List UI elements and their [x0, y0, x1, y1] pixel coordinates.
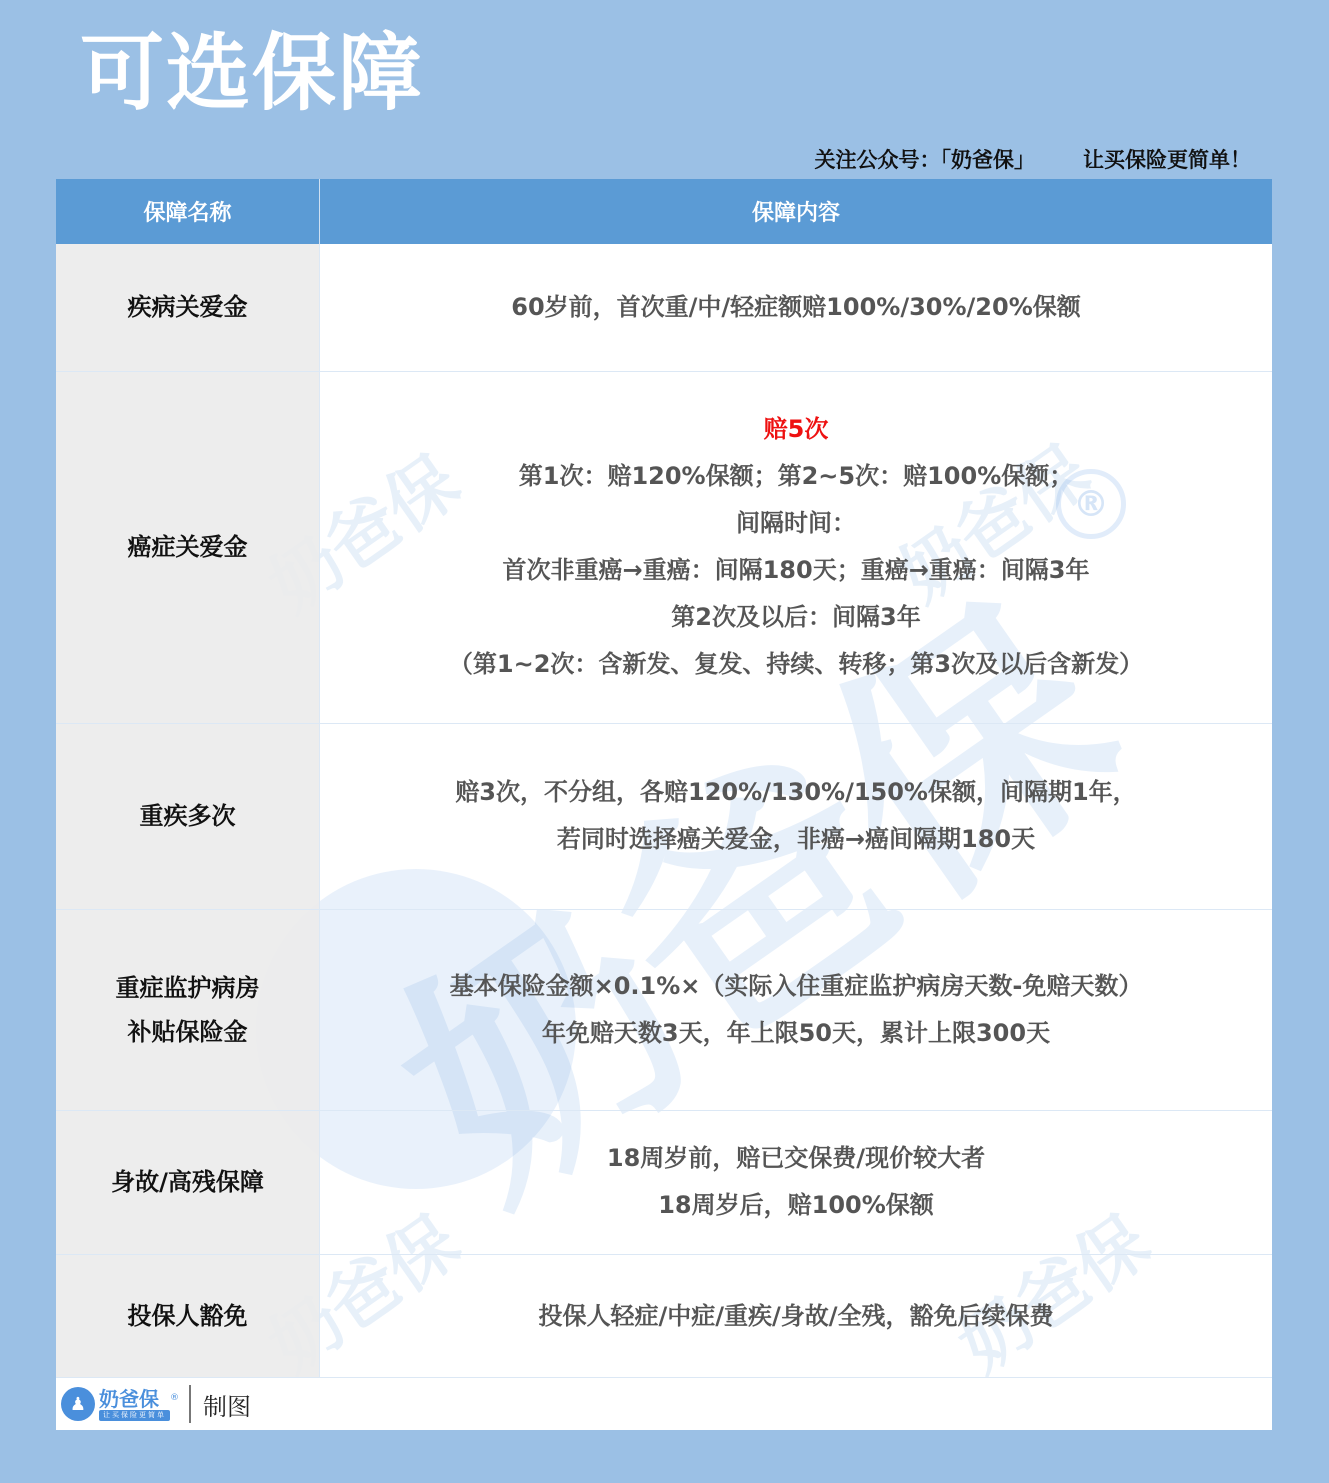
table-row: 重疾多次 赔3次，不分组，各赔120%/130%/150%保额，间隔期1年， 若…	[56, 723, 1272, 909]
logo-text: 奶爸保 让买保险更简单	[99, 1388, 170, 1421]
coverage-content: 基本保险金额×0.1%×（实际入住重症监护病房天数-免赔天数） 年免赔天数3天，…	[320, 909, 1273, 1110]
table-row: 重症监护病房 补贴保险金 基本保险金额×0.1%×（实际入住重症监护病房天数-免…	[56, 909, 1272, 1110]
content-line: 第2次及以后：间隔3年	[321, 594, 1271, 641]
coverage-name-line: 补贴保险金	[57, 1010, 318, 1054]
slogan-tagline: 让买保险更简单！	[1083, 144, 1251, 174]
parent-child-icon: ♟	[61, 1387, 95, 1421]
brand-logo: ♟ 奶爸保 让买保险更简单 ®	[61, 1387, 179, 1421]
table-header-row: 保障名称 保障内容	[56, 179, 1272, 244]
content-line: 若同时选择癌关爱金，非癌→癌间隔期180天	[321, 816, 1271, 863]
logo-name: 奶爸保	[99, 1388, 170, 1410]
content-line: 18周岁后，赔100%保额	[321, 1182, 1271, 1229]
coverage-name: 疾病关爱金	[56, 244, 320, 371]
coverage-content: 18周岁前，赔已交保费/现价较大者 18周岁后，赔100%保额	[320, 1110, 1273, 1254]
registered-icon: ®	[170, 1393, 179, 1403]
content-line: 间隔时间：	[321, 500, 1271, 547]
content-line: 投保人轻症/中症/重疾/身故/全残，豁免后续保费	[321, 1293, 1271, 1340]
content-line: （第1~2次：含新发、复发、持续、转移；第3次及以后含新发）	[321, 641, 1271, 688]
divider	[189, 1385, 191, 1423]
column-header-content: 保障内容	[320, 179, 1273, 244]
made-by-label: 制图	[203, 1387, 251, 1422]
table-row: 身故/高残保障 18周岁前，赔已交保费/现价较大者 18周岁后，赔100%保额	[56, 1110, 1272, 1254]
coverage-content: 60岁前，首次重/中/轻症额赔100%/30%/20%保额	[320, 244, 1273, 371]
content-line: 60岁前，首次重/中/轻症额赔100%/30%/20%保额	[321, 284, 1271, 331]
coverage-content: 赔3次，不分组，各赔120%/130%/150%保额，间隔期1年， 若同时选择癌…	[320, 723, 1273, 909]
coverage-name: 重症监护病房 补贴保险金	[56, 909, 320, 1110]
coverage-content: 投保人轻症/中症/重疾/身故/全残，豁免后续保费	[320, 1254, 1273, 1378]
table-row: 投保人豁免 投保人轻症/中症/重疾/身故/全残，豁免后续保费	[56, 1254, 1272, 1378]
slogan-follow: 关注公众号：「奶爸保」	[815, 144, 1036, 174]
content-line: 赔3次，不分组，各赔120%/130%/150%保额，间隔期1年，	[321, 769, 1271, 816]
coverage-name-line: 重症监护病房	[57, 966, 318, 1010]
content-line: 第1次：赔120%保额；第2~5次：赔100%保额；	[321, 453, 1271, 500]
logo-subtitle: 让买保险更简单	[99, 1410, 170, 1421]
content-line: 首次非重癌→重癌：间隔180天；重癌→重癌：间隔3年	[321, 547, 1271, 594]
table-row: 癌症关爱金 赔5次 第1次：赔120%保额；第2~5次：赔100%保额； 间隔时…	[56, 371, 1272, 723]
content-line: 年免赔天数3天，年上限50天，累计上限300天	[321, 1010, 1271, 1057]
highlight-claim-count: 赔5次	[321, 406, 1271, 453]
column-header-name: 保障名称	[56, 179, 320, 244]
footer: ♟ 奶爸保 让买保险更简单 ® 制图	[56, 1377, 1272, 1430]
coverage-name: 重疾多次	[56, 723, 320, 909]
coverage-name: 投保人豁免	[56, 1254, 320, 1378]
table-row: 疾病关爱金 60岁前，首次重/中/轻症额赔100%/30%/20%保额	[56, 244, 1272, 371]
coverage-content: 赔5次 第1次：赔120%保额；第2~5次：赔100%保额； 间隔时间： 首次非…	[320, 371, 1273, 723]
content-line: 基本保险金额×0.1%×（实际入住重症监护病房天数-免赔天数）	[321, 963, 1271, 1010]
coverage-name: 癌症关爱金	[56, 371, 320, 723]
slogan: 关注公众号：「奶爸保」 让买保险更简单！	[815, 144, 1252, 174]
coverage-table-container: 奶爸保 奶爸保 奶爸保 奶爸保 奶爸保 ® 保障名称 保障内容 疾病关爱金 60…	[56, 179, 1272, 1429]
page-title: 可选保障	[80, 18, 424, 128]
coverage-table: 保障名称 保障内容 疾病关爱金 60岁前，首次重/中/轻症额赔100%/30%/…	[56, 179, 1272, 1379]
content-line: 18周岁前，赔已交保费/现价较大者	[321, 1135, 1271, 1182]
coverage-name: 身故/高残保障	[56, 1110, 320, 1254]
